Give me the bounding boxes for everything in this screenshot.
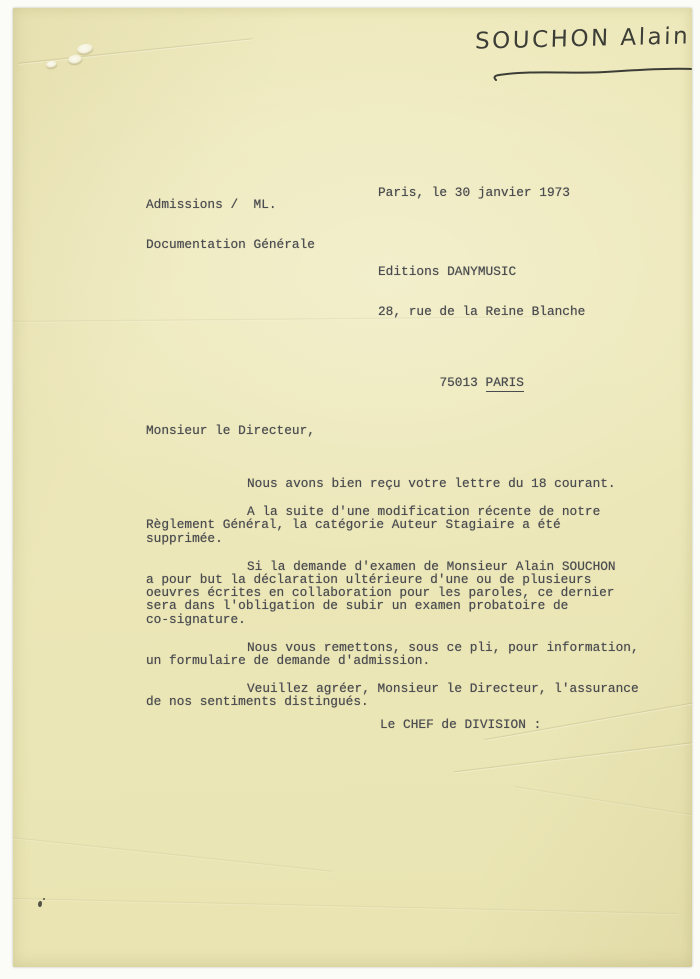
reference-line: Admissions / ML. bbox=[146, 198, 315, 211]
postal-code: 75013 bbox=[439, 375, 477, 390]
closing-signature-line: Le CHEF de DIVISION : bbox=[380, 718, 541, 731]
paragraphs-container: Nous avons bien reçu votre lettre du 18 … bbox=[146, 477, 639, 709]
paragraph: Veuillez agréer, Monsieur le Directeur, … bbox=[146, 682, 639, 708]
city-underlined: PARIS bbox=[486, 375, 524, 392]
crease bbox=[454, 741, 692, 774]
staple-mark bbox=[76, 42, 94, 55]
letter-line: Règlement Général, la catégorie Auteur S… bbox=[146, 518, 639, 531]
letter-paper: SOUCHON Alain Admissions / ML. Documenta… bbox=[13, 8, 692, 967]
handwritten-annotation: SOUCHON Alain bbox=[475, 23, 691, 54]
salutation: Monsieur le Directeur, bbox=[146, 424, 639, 437]
paragraph: Nous vous remettons, sous ce pli, pour i… bbox=[146, 641, 639, 667]
reference-line: Documentation Générale bbox=[146, 238, 315, 251]
letter-body: Monsieur le Directeur, Nous avons bien r… bbox=[146, 398, 639, 735]
letter-line: co-signature. bbox=[146, 613, 639, 626]
paragraph: A la suite d'une modification récente de… bbox=[146, 505, 639, 545]
handwritten-underline-icon bbox=[490, 64, 692, 86]
sender-reference: Admissions / ML. Documentation Générale bbox=[146, 172, 315, 278]
letter-line: sera dans l'obligation de subir un exame… bbox=[146, 599, 639, 612]
ink-speck bbox=[38, 901, 42, 907]
staple-mark bbox=[45, 60, 57, 69]
address-line: Editions DANYMUSIC bbox=[378, 265, 585, 278]
paragraph: Si la demande d'examen de Monsieur Alain… bbox=[146, 560, 639, 626]
scanned-letter: SOUCHON Alain Admissions / ML. Documenta… bbox=[0, 0, 700, 979]
letter-line: supprimée. bbox=[146, 532, 639, 545]
staple-mark bbox=[67, 54, 82, 65]
letter-line: un formulaire de demande d'admission. bbox=[146, 654, 639, 667]
crease bbox=[13, 897, 678, 915]
letter-line: de nos sentiments distingués. bbox=[146, 695, 639, 708]
letter-line: Nous avons bien reçu votre lettre du 18 … bbox=[146, 477, 639, 490]
ink-speck bbox=[43, 898, 45, 900]
address-line: 28, rue de la Reine Blanche bbox=[378, 305, 585, 318]
crease bbox=[13, 836, 332, 873]
dateline: Paris, le 30 janvier 1973 bbox=[378, 186, 570, 199]
crease bbox=[514, 786, 692, 818]
postal-city-line: 75013PARIS bbox=[378, 363, 585, 403]
paragraph: Nous avons bien reçu votre lettre du 18 … bbox=[146, 477, 639, 490]
